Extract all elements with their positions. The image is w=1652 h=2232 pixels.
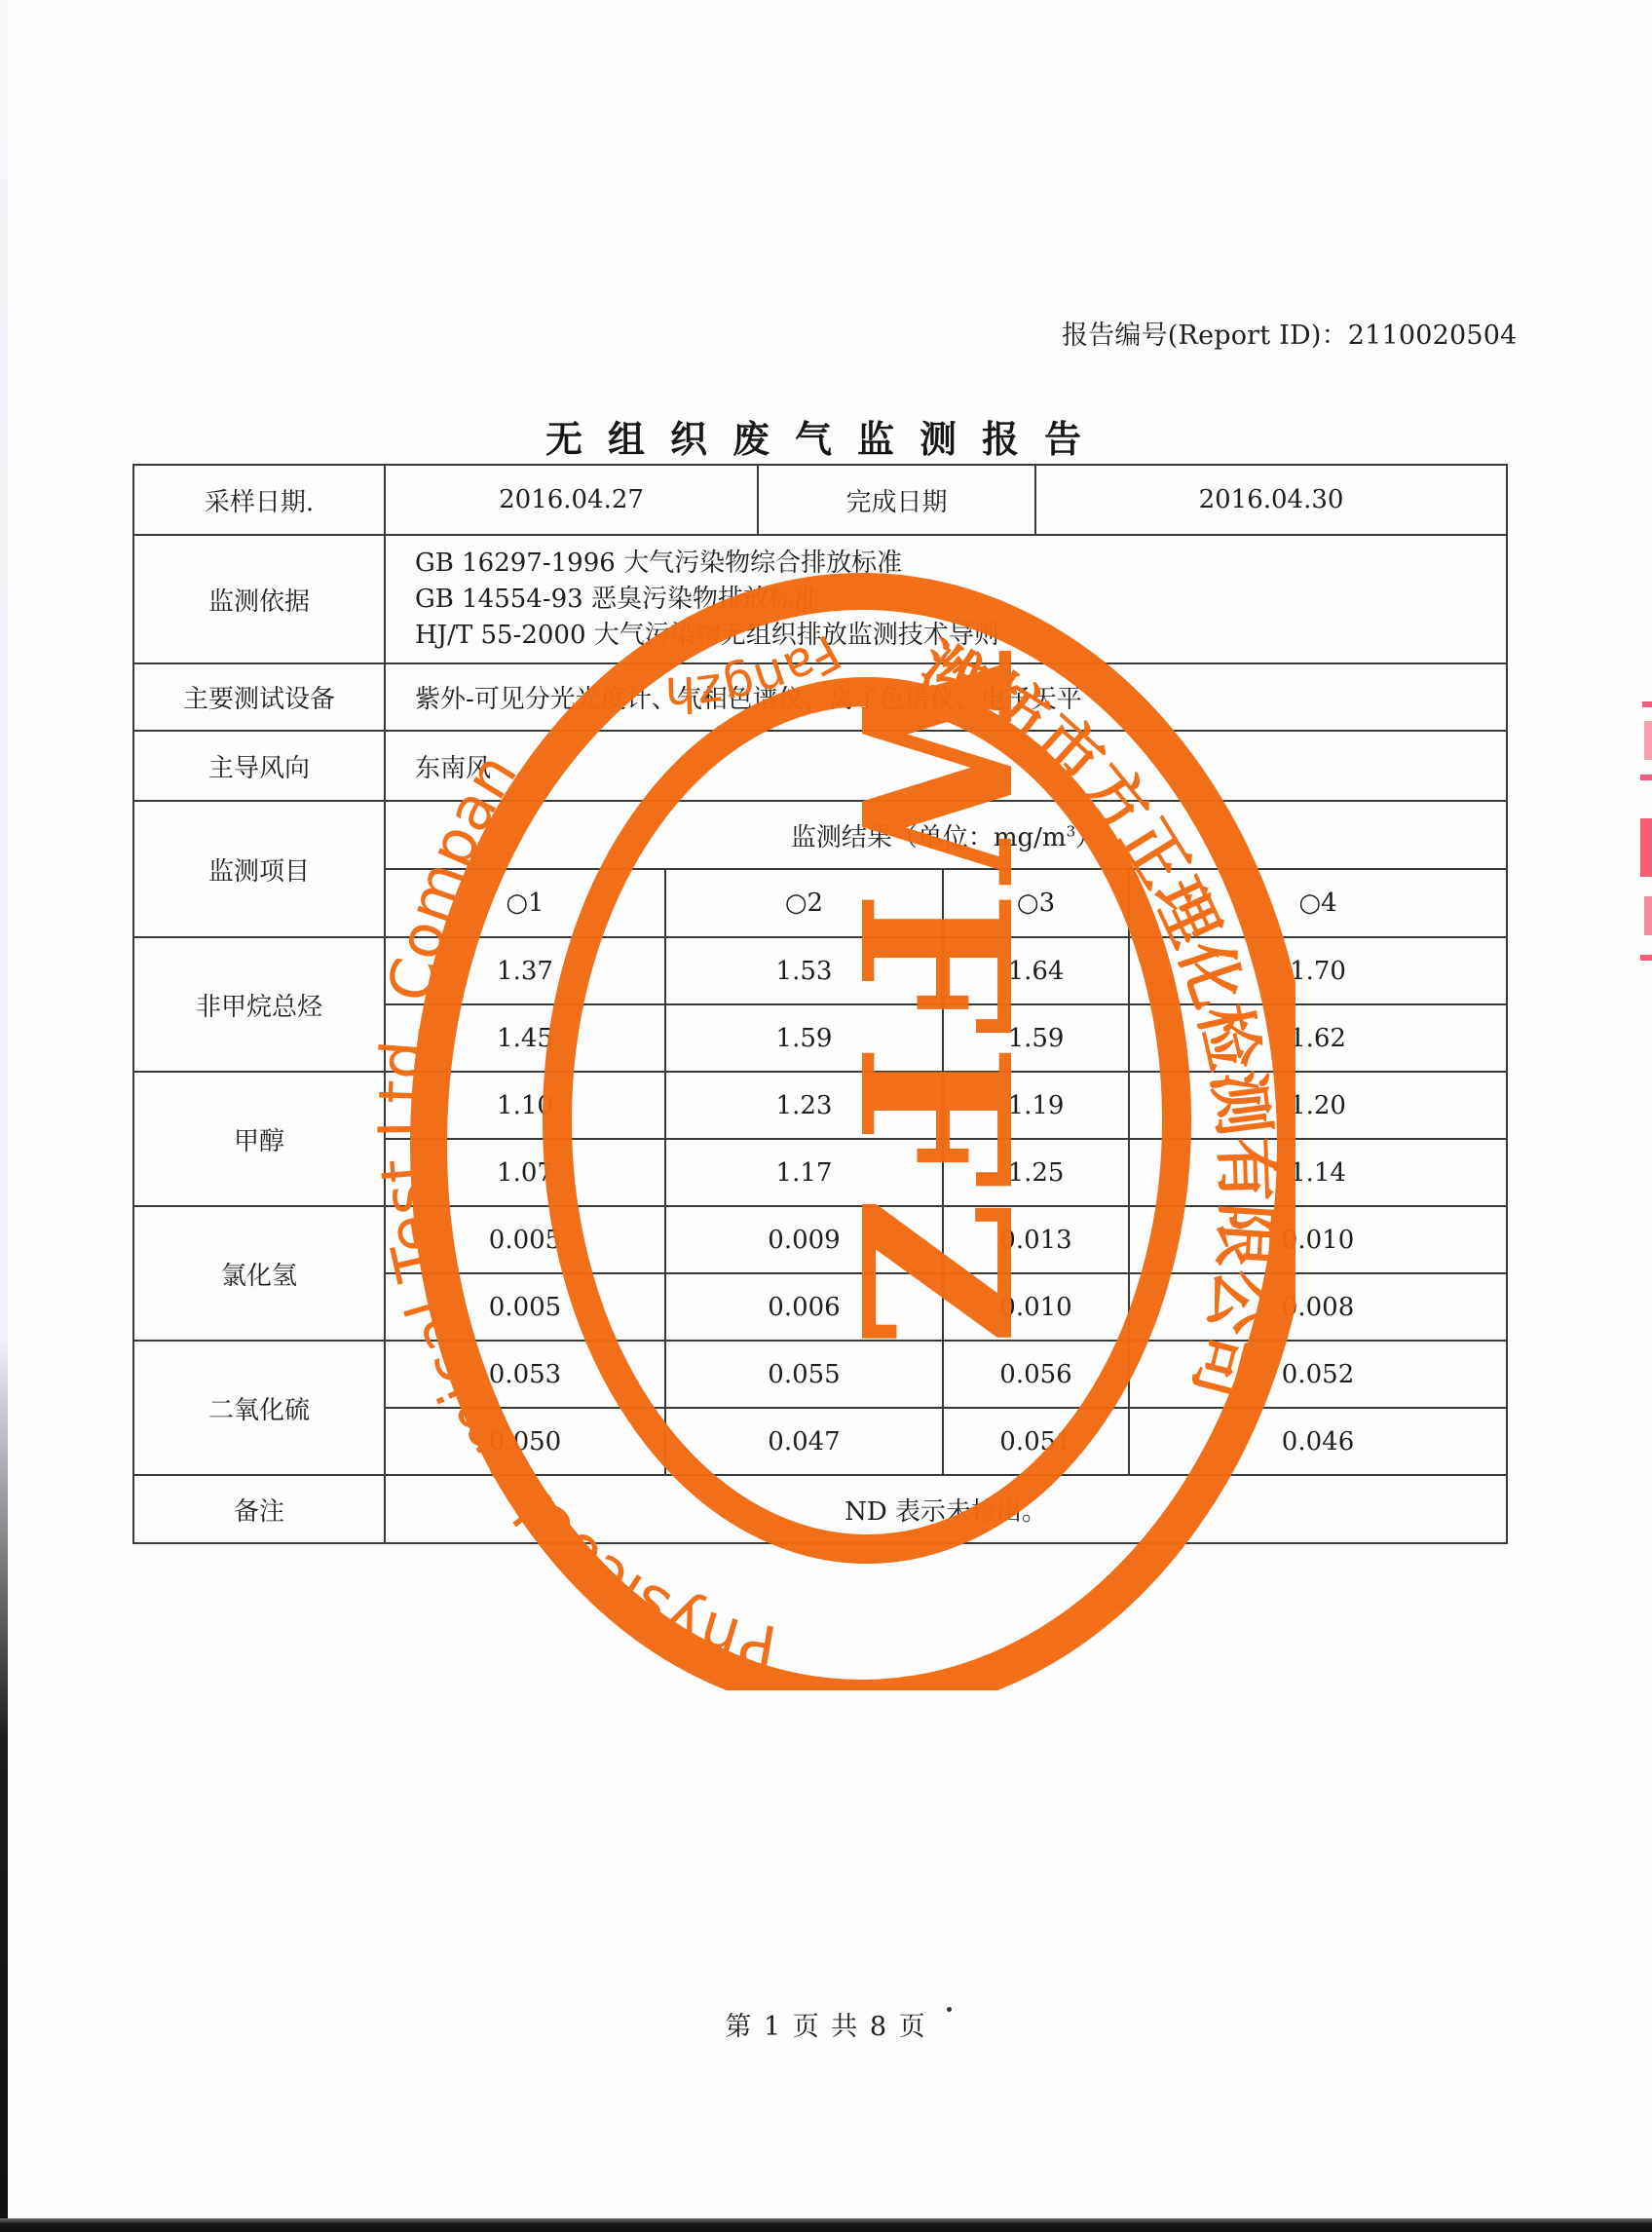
result-value: 0.053 <box>385 1341 665 1408</box>
result-value: 1.62 <box>1129 1004 1507 1072</box>
result-value: 0.010 <box>1129 1206 1507 1273</box>
unit-header-suffix: ） <box>1075 823 1101 852</box>
equipment-row: 主要测试设备 紫外-可见分光光度计、气相色谱仪、离子色谱仪、电子天平 <box>133 663 1507 731</box>
result-value: 1.10 <box>385 1072 665 1139</box>
basis-item: GB 14554-93 恶臭污染物排放标准 <box>415 582 1506 618</box>
result-value: 1.23 <box>665 1072 943 1139</box>
result-value: 0.005 <box>385 1206 665 1273</box>
wind-value: 东南风 <box>385 731 1507 801</box>
basis-row: 监测依据 GB 16297-1996 大气污染物综合排放标准 GB 14554-… <box>133 535 1507 663</box>
partial-side-stamp <box>1634 672 1652 965</box>
table-row: 非甲烷总烃1.371.531.641.70 <box>133 937 1507 1004</box>
result-value: 0.006 <box>665 1273 943 1341</box>
result-value: 0.052 <box>1129 1341 1507 1408</box>
result-value: 1.37 <box>385 937 665 1004</box>
note-row: 备注 ND 表示未检出。 <box>133 1475 1507 1543</box>
point-3: ○3 <box>943 869 1129 937</box>
result-value: 1.25 <box>943 1139 1129 1206</box>
result-value: 0.051 <box>943 1408 1129 1475</box>
result-value: 0.046 <box>1129 1408 1507 1475</box>
completion-date: 2016.04.30 <box>1035 465 1507 535</box>
result-value: 1.70 <box>1129 937 1507 1004</box>
report-id: 报告编号(Report ID)：2110020504 <box>1062 314 1518 352</box>
table-row: 甲醇1.101.231.191.20 <box>133 1072 1507 1139</box>
result-value: 0.050 <box>385 1408 665 1475</box>
basis-item: HJ/T 55-2000 大气污染物无组织排放监测技术导则 <box>415 618 1506 654</box>
result-value: 0.047 <box>665 1408 943 1475</box>
scan-edge-left <box>0 0 8 2232</box>
wind-row: 主导风向 东南风 <box>133 731 1507 801</box>
table-row: 氯化氢0.0050.0090.0130.010 <box>133 1206 1507 1273</box>
item-name: 氯化氢 <box>133 1206 385 1341</box>
result-value: 1.14 <box>1129 1139 1507 1206</box>
equipment-label: 主要测试设备 <box>133 663 385 731</box>
table-row: 二氧化硫0.0530.0550.0560.052 <box>133 1341 1507 1408</box>
wind-label: 主导风向 <box>133 731 385 801</box>
sampling-date-label: 采样日期. <box>133 465 385 535</box>
result-value: 0.013 <box>943 1206 1129 1273</box>
report-id-value: 2110020504 <box>1348 321 1518 351</box>
basis-item: GB 16297-1996 大气污染物综合排放标准 <box>415 546 1506 582</box>
scan-speck <box>947 2007 952 2012</box>
result-value: 0.010 <box>943 1273 1129 1341</box>
completion-date-label: 完成日期 <box>758 465 1035 535</box>
result-value: 0.056 <box>943 1341 1129 1408</box>
note-label: 备注 <box>133 1475 385 1543</box>
report-id-label: 报告编号(Report ID)： <box>1062 321 1348 351</box>
result-value: 1.19 <box>943 1072 1129 1139</box>
result-value: 1.07 <box>385 1139 665 1206</box>
basis-label: 监测依据 <box>133 535 385 663</box>
item-name: 甲醇 <box>133 1072 385 1206</box>
results-unit-header: 监测结果（单位：mg/m3） <box>385 801 1507 869</box>
unit-superscript: 3 <box>1067 822 1076 840</box>
result-value: 1.45 <box>385 1004 665 1072</box>
result-value: 1.53 <box>665 937 943 1004</box>
result-value: 1.64 <box>943 937 1129 1004</box>
date-row: 采样日期. 2016.04.27 完成日期 2016.04.30 <box>133 465 1507 535</box>
report-table: 采样日期. 2016.04.27 完成日期 2016.04.30 监测依据 GB… <box>132 464 1508 1544</box>
item-name: 非甲烷总烃 <box>133 937 385 1072</box>
result-value: 0.008 <box>1129 1273 1507 1341</box>
basis-list: GB 16297-1996 大气污染物综合排放标准 GB 14554-93 恶臭… <box>385 535 1507 663</box>
point-1: ○1 <box>385 869 665 937</box>
result-value: 1.59 <box>943 1004 1129 1072</box>
results-body: 非甲烷总烃1.371.531.641.701.451.591.591.62甲醇1… <box>133 937 1507 1475</box>
note-value: ND 表示未检出。 <box>385 1475 1507 1543</box>
unit-header-text: 监测结果（单位：mg/m <box>791 823 1067 852</box>
equipment-value: 紫外-可见分光光度计、气相色谱仪、离子色谱仪、电子天平 <box>385 663 1507 731</box>
result-value: 0.005 <box>385 1273 665 1341</box>
point-2: ○2 <box>665 869 943 937</box>
result-value: 1.59 <box>665 1004 943 1072</box>
item-name: 二氧化硫 <box>133 1341 385 1475</box>
result-value: 1.20 <box>1129 1072 1507 1139</box>
result-value: 0.009 <box>665 1206 943 1273</box>
scan-edge-bottom <box>0 2218 1652 2232</box>
point-4: ○4 <box>1129 869 1507 937</box>
sampling-date: 2016.04.27 <box>385 465 758 535</box>
page-number: 第 1 页 共 8 页 <box>0 2005 1652 2043</box>
result-value: 1.17 <box>665 1139 943 1206</box>
result-value: 0.055 <box>665 1341 943 1408</box>
item-label: 监测项目 <box>133 801 385 937</box>
document-title: 无组织废气监测报告 <box>0 409 1652 463</box>
results-header-row: 监测项目 监测结果（单位：mg/m3） <box>133 801 1507 869</box>
